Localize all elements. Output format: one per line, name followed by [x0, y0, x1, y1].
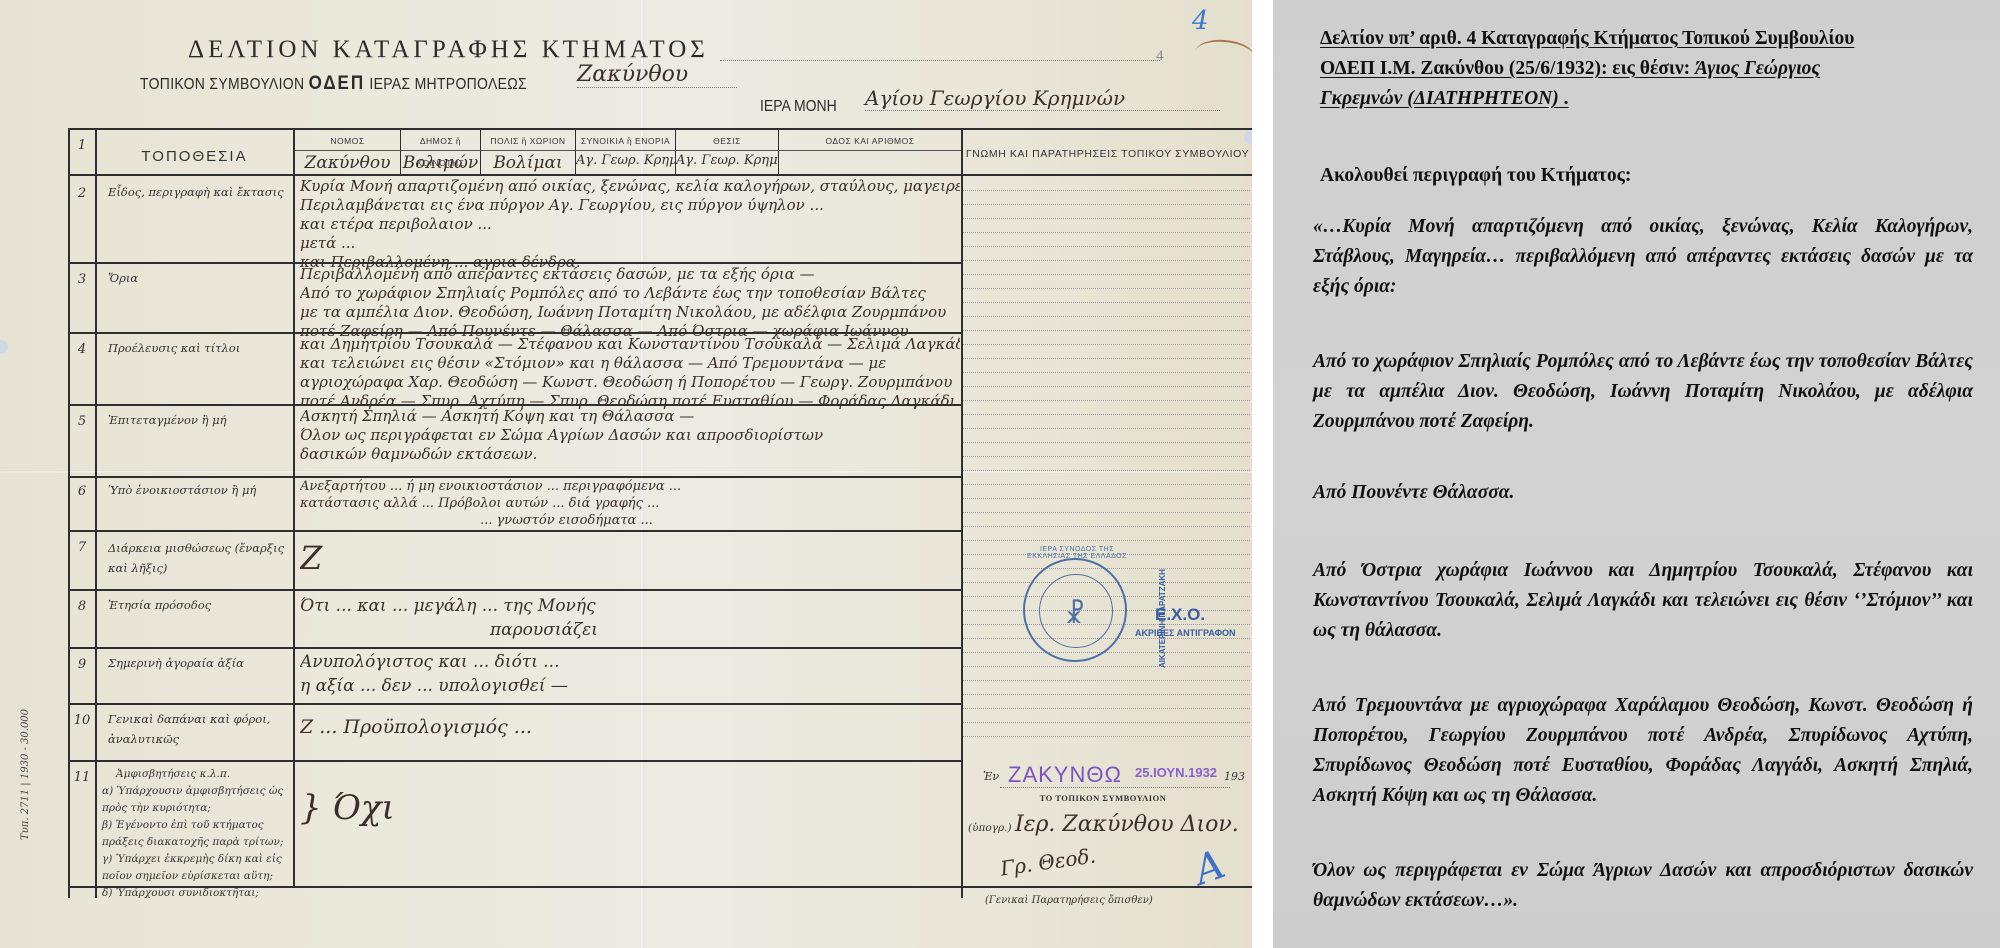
column-header-synoikia: ΣΥΝΟΙΚΙΑ ἢ ΕΝΟΡΙΑ — [576, 130, 675, 152]
row-label-market-value: Σημερινὴ ἀγοραία ἀξία — [108, 653, 293, 673]
dotted-line — [1000, 787, 1230, 788]
handwritten-expenses: Ζ ... Προϋπολογισμός ... — [300, 718, 960, 737]
subtitle-suffix: ΙΕΡΑΣ ΜΗΤΡΟΠΟΛΕΩΣ — [369, 74, 527, 92]
row-number: 4 — [68, 342, 96, 357]
dotted-line — [720, 60, 1160, 61]
row-number: 10 — [68, 713, 96, 728]
true-copy-stamp: ΑΚΡΙΒΕΣ ΑΝΤΙΓΡΑΦΟΝ — [1135, 628, 1235, 638]
scanned-property-record-form: ΔΕΛΤΙΟΝ ΚΑΤΑΓΡΑΦΗΣ ΚΤΗΜΑΤΟΣ 4 4 ΤΟΠΙΚΟΝ … — [0, 0, 1252, 948]
transcript-paragraph-3: Από Πουνέντε Θάλασσα. — [1313, 478, 1973, 508]
row-label-annual-income: Ἐτησία πρόσοδος — [108, 595, 293, 615]
row-number: 3 — [68, 272, 96, 287]
dimos-value: Βολιμών — [401, 153, 480, 173]
location-header: ΤΟΠΟΘΕΣΙΑ — [96, 148, 293, 165]
polis-value: Βολίμαι — [481, 153, 575, 173]
handwritten-boundaries: Περιβαλλομένη από απέραντες εκτάσεις δασ… — [300, 265, 960, 341]
heading-line-2: ΟΔΕΠ Ι.Μ. Ζακύνθου (25/6/1932): εις θέσι… — [1320, 58, 1820, 79]
transcript-paragraph-4: Από Όστρια χωράφια Ιωάννου και Δημητρίου… — [1313, 556, 1973, 646]
column-header-polis: ΠΟΛΙΣ ἢ ΧΩΡΙΟΝ — [481, 130, 575, 152]
nomos-value: Ζακύνθου — [295, 153, 400, 173]
transcript-intro: Ακολουθεί περιγραφή του Κτήματος: — [1320, 165, 1631, 187]
row-label-boundaries: Ὅρια — [108, 268, 293, 288]
blue-pen-mark: 4 — [1192, 6, 1209, 36]
heading-suffix: . — [1559, 88, 1569, 109]
signature-label: (ὑπογρ.) — [968, 822, 1012, 834]
transcript-paragraph-1: «…Κυρία Μονή απαρτιζόμενη από οικίας, ξε… — [1313, 212, 1973, 302]
row-label-lease-duration: Διάρκεια μισθώσεως (ἔναρξις καὶ λῆξις) — [108, 538, 293, 578]
row-label-description: Εἶδος, περιγραφὴ καὶ ἔκτασις — [108, 182, 293, 202]
year-prefix: 193 — [1224, 770, 1245, 783]
serial-number: 4 — [1156, 48, 1164, 65]
handwritten-description: Κυρία Μονή απαρτιζομένη από οικίας, ξενώ… — [300, 177, 960, 272]
certifier-name-stamp: ΑΙΚΑΤΕΡΙΝΗ ΠΑΡΑΤΖΑΚΗ — [1158, 569, 1167, 668]
handwritten-market-value: Ανυπολόγιστος και ... διότι ... η αξία .… — [300, 650, 960, 698]
row-number: 7 — [68, 540, 96, 555]
heading-line-3: Γκρεμνών (ΔΙΑΤΗΡΗΤΕΟΝ) — [1320, 88, 1559, 109]
form-subtitle: ΤΟΠΙΚΟΝ ΣΥΜΒΟΥΛΙΟΝ ΟΔΕΠ ΙΕΡΑΣ ΜΗΤΡΟΠΟΛΕΩ… — [140, 72, 527, 95]
date-stamp: 25.ΙΟΥΝ.1932 — [1135, 765, 1217, 780]
printer-imprint: Τυπ. 2711 | 1930 - 30.000 — [20, 709, 31, 840]
signature-metropolitan: Ιερ. Ζακύνθου Διον. — [1015, 812, 1239, 837]
chi-rho-icon: ☧ — [1025, 600, 1125, 630]
thesis-value: Αγ. Γεωρ. Κρημνών — [676, 153, 778, 173]
subtitle-odep: ΟΔΕΠ — [309, 72, 366, 94]
brown-pen-mark — [1194, 37, 1252, 73]
handwritten-lease: Ανεξαρτήτου ... ή μη ενοικιοστάσιον ... … — [300, 478, 960, 529]
row-number: 2 — [68, 186, 96, 201]
metropolis-handwritten: Ζακύνθου — [577, 62, 737, 88]
row-number: 11 — [68, 770, 96, 785]
handwritten-encumbered: Ασκητή Σπηλιά — Ασκητή Κόψη και τη Θάλασ… — [300, 407, 960, 464]
remarks-header: ΓΝΩΜΗ ΚΑΙ ΠΑΡΑΤΗΡΗΣΕΙΣ ΤΟΠΙΚΟΥ ΣΥΜΒΟΥΛΙΟ… — [963, 148, 1252, 160]
place-label: Ἐν — [983, 770, 999, 783]
row-label-encumbered: Ἐπιτεταγμένον ἢ μή — [108, 410, 293, 430]
row-label-lease: Ὑπὸ ἐνοικιοστάσιον ἢ μή — [108, 480, 293, 500]
monastery-handwritten: Αγίου Γεωργίου Κρημνών — [865, 86, 1220, 111]
row-label-origin-titles: Προέλευσις καὶ τίτλοι — [108, 338, 293, 358]
church-seal-stamp: ΙΕΡΑ ΣΥΝΟΔΟΣ ΤΗΣ ΕΚΚΛΗΣΙΑΣ ΤΗΣ ΕΛΛΑΔΟΣ ☧ — [1023, 558, 1127, 662]
column-header-odos: ΟΔΟΣ ΚΑΙ ΑΡΙΘΜΟΣ — [779, 130, 961, 152]
transcript-heading: Δελτίον υπ’ αριθ. 4 Καταγραφής Κτήματος … — [1320, 24, 1970, 114]
monastery-label: ΙΕΡΑ ΜΟΝΗ — [760, 96, 837, 114]
general-observations-note: (Γενικαὶ Παρατηρήσεις ὄπισθεν) — [985, 895, 1153, 906]
column-header-thesis: ΘΕΣΙΣ — [676, 130, 778, 152]
transcript-paragraph-6: Όλον ως περιγράφεται εν Σώμα Άγριων Δασώ… — [1313, 856, 1973, 916]
transcript-paragraph-2: Από το χωράφιον Σπηλιαίς Ρομπόλες από το… — [1313, 347, 1973, 437]
synoikia-value: Αγ. Γεωρ. Κρημνών — [576, 153, 675, 173]
row-label-expenses-taxes: Γενικαὶ δαπάναι καὶ φόροι, ἀναλυτικῶς — [108, 709, 293, 749]
handwritten-origin: και Δημητρίου Τσουκαλά — Στέφανου και Κω… — [300, 335, 960, 411]
handwritten-disputes-answer: } Όχι — [300, 778, 960, 838]
row-number: 6 — [68, 484, 96, 499]
subtitle-prefix: ΤΟΠΙΚΟΝ ΣΥΜΒΟΥΛΙΟΝ — [140, 74, 304, 92]
council-label: ΤΟ ΤΟΠΙΚΟΝ ΣΥΜΒΟΥΛΙΟΝ — [1003, 793, 1203, 803]
row-number: 1 — [68, 138, 96, 153]
column-header-nomos: ΝΟΜΟΣ — [295, 130, 400, 152]
row-number: 9 — [68, 657, 96, 672]
punch-hole — [0, 340, 8, 354]
row-number: 5 — [68, 414, 96, 429]
form-title: ΔΕΛΤΙΟΝ ΚΑΤΑΓΡΑΦΗΣ ΚΤΗΜΑΤΟΣ — [188, 36, 709, 64]
handwritten-income: Ότι ... και ... μεγάλη ... της Μονής παρ… — [300, 594, 960, 642]
place-stamp: ΖΑΚΥΝΘΩ — [1008, 762, 1122, 788]
row-label-disputes: Ἀμφισβητήσεις κ.λ.π. α) Ὑπάρχουσιν ἀμφισ… — [102, 766, 292, 902]
typed-transcript-panel: Δελτίον υπ’ αριθ. 4 Καταγραφής Κτήματος … — [1273, 0, 2000, 948]
transcript-paragraph-5: Από Τρεμουντάνα με αγριοχώραφα Χαράλαμου… — [1313, 691, 1973, 811]
odos-value — [779, 153, 961, 173]
heading-line-1: Δελτίον υπ’ αριθ. 4 Καταγραφής Κτήματος … — [1320, 28, 1854, 49]
handwritten-duration: Ζ — [300, 538, 960, 578]
column-header-dimos: ΔΗΜΟΣ ἢ ΚΟΙΝΟΤΗΣ — [401, 130, 480, 152]
row-number: 8 — [68, 599, 96, 614]
